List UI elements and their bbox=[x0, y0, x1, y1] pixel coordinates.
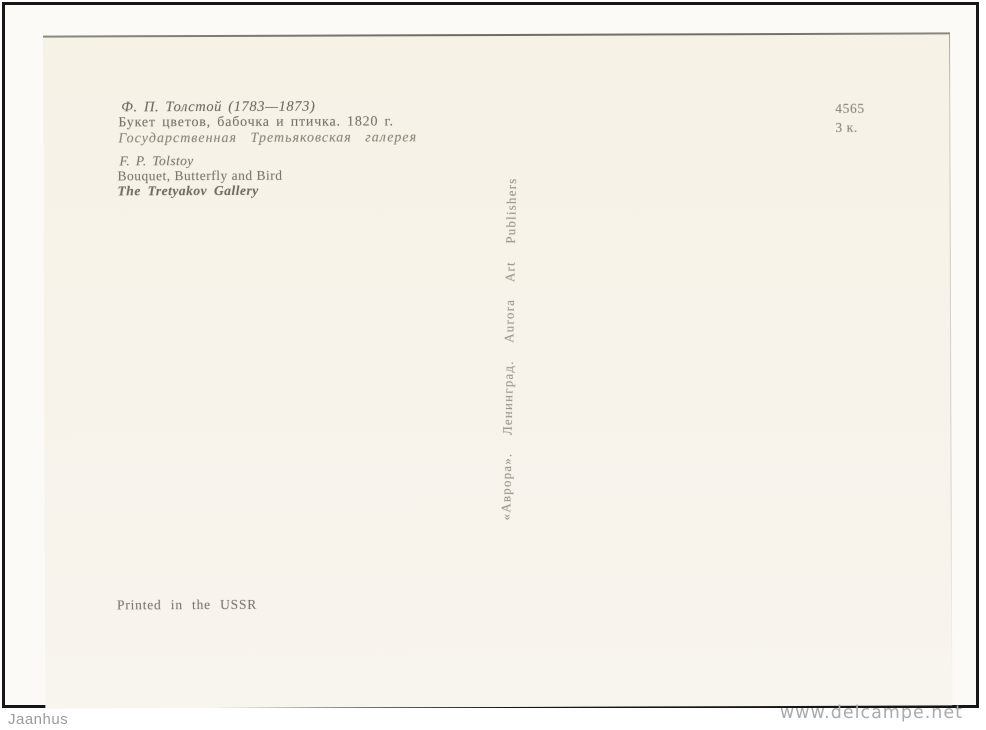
caption-russian: Ф. П. Толстой (1783—1873) Букет цветов, … bbox=[118, 98, 417, 146]
site-watermark: www.delcampe.net bbox=[780, 703, 963, 723]
catalog-info: 4565 3 к. bbox=[835, 99, 865, 137]
card-top-edge bbox=[43, 32, 950, 37]
museum-name-en: The Tretyakov Gallery bbox=[118, 183, 283, 199]
price-kopecks: 3 к. bbox=[835, 118, 864, 137]
postcard-back: Ф. П. Толстой (1783—1873) Букет цветов, … bbox=[43, 32, 952, 708]
caption-english: F. P. Tolstoy Bouquet, Butterfly and Bir… bbox=[117, 154, 282, 199]
card-right-edge bbox=[949, 34, 952, 674]
seller-watermark: Jaanhus bbox=[8, 711, 68, 728]
catalog-number: 4565 bbox=[835, 99, 864, 118]
artwork-title-en: Bouquet, Butterfly and Bird bbox=[117, 168, 282, 183]
publisher-imprint-vertical: «Аврора». Ленинград. Aurora Art Publishe… bbox=[498, 174, 520, 524]
artwork-title-ru: Букет цветов, бабочка и птичка. 1820 г. bbox=[118, 114, 417, 131]
postcard-listing-scan: Ф. П. Толстой (1783—1873) Букет цветов, … bbox=[0, 0, 986, 730]
artist-name-en: F. P. Tolstoy bbox=[117, 154, 282, 169]
photo-frame: Ф. П. Толстой (1783—1873) Букет цветов, … bbox=[2, 2, 979, 708]
printed-in-ussr-note: Printed in the USSR bbox=[117, 597, 257, 613]
museum-name-ru: Государственная Третьяковская галерея bbox=[118, 130, 417, 147]
artist-name-ru: Ф. П. Толстой (1783—1873) bbox=[118, 98, 417, 115]
